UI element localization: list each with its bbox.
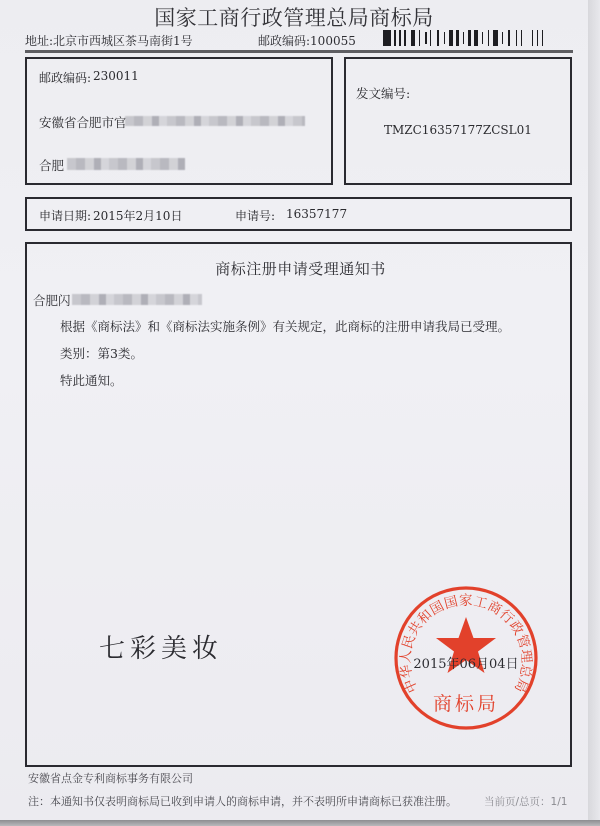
redacted-name xyxy=(67,158,185,170)
document-page: 国家工商行政管理总局商标局 地址:北京市西城区茶马南街1号 邮政编码:10005… xyxy=(0,0,588,822)
header-divider xyxy=(25,50,573,53)
seal-date: 2015年06月04日 xyxy=(413,656,518,672)
application-date-label: 申请日期: xyxy=(39,207,91,224)
reference-box: 发文编号: TMZC16357177ZCSL01 xyxy=(344,57,572,185)
agent-name: 安徽省点金专利商标事务有限公司 xyxy=(28,770,193,786)
footer-note: 注：本通知书仅表明商标局已收到申请人的商标申请，并不表明所申请商标已获准注册。 xyxy=(28,793,457,809)
official-seal: 中华人民共和国国家工商行政管理总局 商标局 2015年06月04日 xyxy=(393,585,539,731)
page-edge xyxy=(588,0,600,826)
recipient-postal-label: 邮政编码: xyxy=(39,69,91,86)
notice-body: 根据《商标法》和《商标法实施条例》有关规定，此商标的注册申请我局已受理。 xyxy=(60,317,510,335)
issuer-address: 地址:北京市西城区茶马南街1号 xyxy=(25,32,193,49)
reference-number: TMZC16357177ZCSL01 xyxy=(384,123,532,137)
redacted-addressee xyxy=(72,294,202,305)
notice-closing: 特此通知。 xyxy=(60,371,123,389)
addressee: 合肥闪 xyxy=(33,291,71,309)
notice-category: 类别：第3类。 xyxy=(60,344,143,362)
recipient-address: 安徽省合肥市官 xyxy=(39,113,127,131)
notice-title: 商标注册申请受理通知书 xyxy=(27,258,574,279)
issuer-postal-code: 邮政编码:100055 xyxy=(258,32,356,49)
recipient-name: 合肥 xyxy=(39,156,64,174)
application-number: 16357177 xyxy=(286,207,347,221)
application-number-label: 申请号: xyxy=(235,207,275,224)
redacted-address xyxy=(125,116,305,126)
page-shadow xyxy=(0,820,600,826)
seal-center-text: 商标局 xyxy=(433,693,499,715)
application-date: 2015年2月10日 xyxy=(93,207,182,224)
application-info-box: 申请日期: 2015年2月10日 申请号: 16357177 xyxy=(25,197,572,231)
trademark-name: 七彩美妆 xyxy=(99,628,223,665)
page-indicator: 当前页/总页：1/1 xyxy=(484,794,567,809)
issuer-title: 国家工商行政管理总局商标局 xyxy=(0,2,588,32)
recipient-postal-value: 230011 xyxy=(93,69,139,83)
recipient-box: 邮政编码: 230011 安徽省合肥市官 合肥 xyxy=(25,57,333,185)
reference-label: 发文编号: xyxy=(356,84,410,102)
barcode-icon xyxy=(383,30,573,46)
